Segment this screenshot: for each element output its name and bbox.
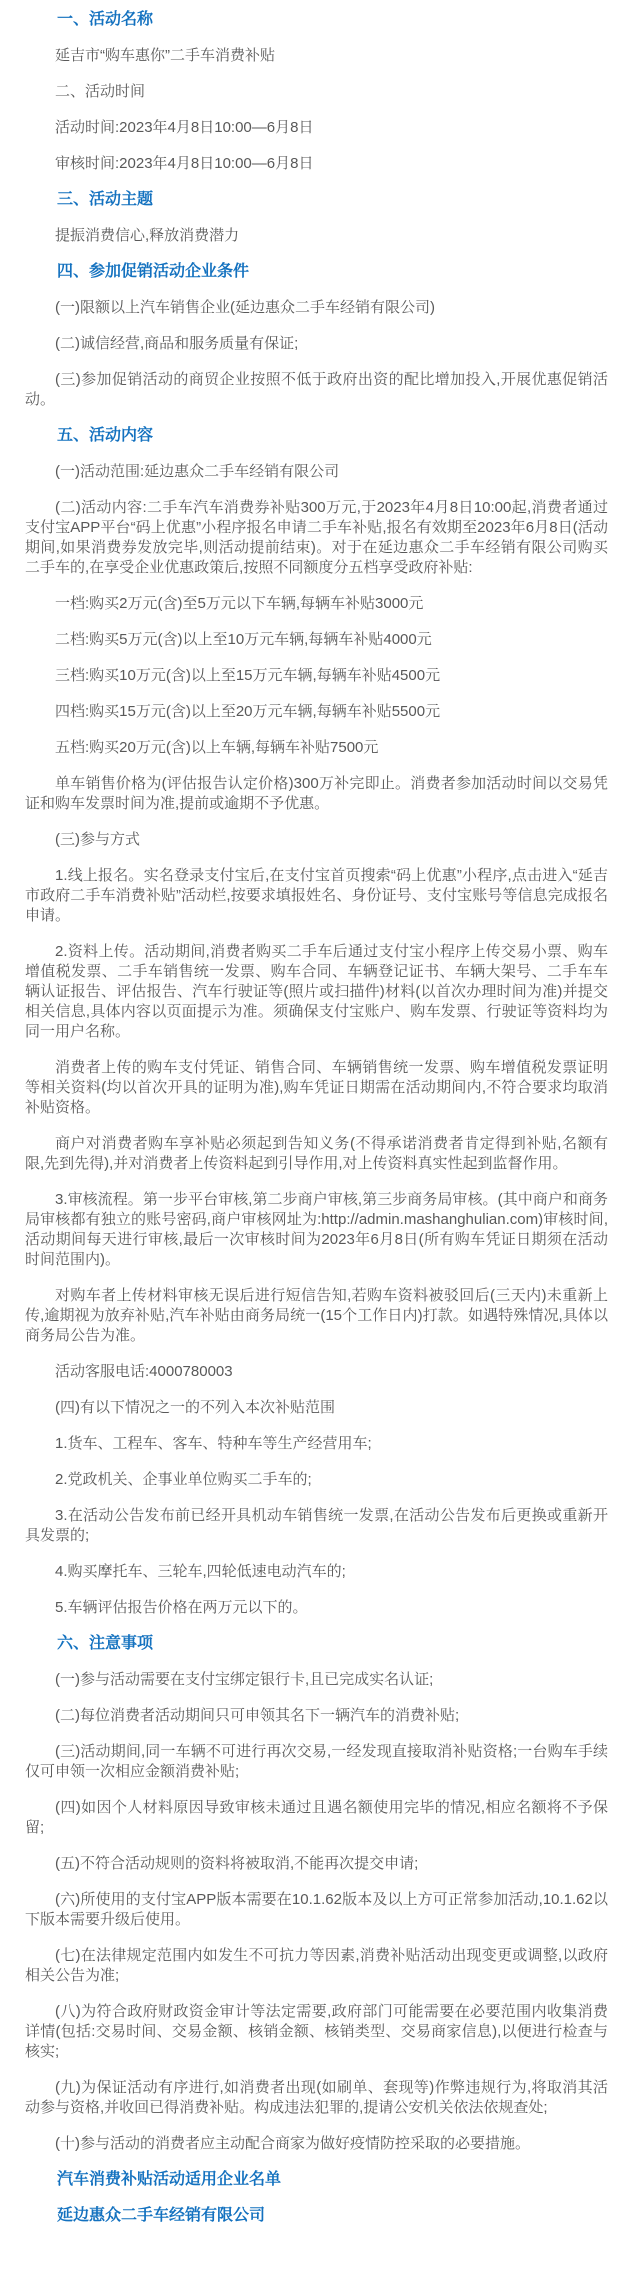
subsidy-tier-2: 二档:购买5万元(含)以上至10万元车辆,每辆车补贴4000元 bbox=[25, 630, 608, 650]
note-item-9: (九)为保证活动有序进行,如消费者出现(如刷单、套现等)作弊违规行为,将取消其活… bbox=[25, 2078, 608, 2118]
section-heading-activity-content: 五、活动内容 bbox=[25, 426, 608, 446]
section-label-participation-method: (三)参与方式 bbox=[25, 830, 608, 850]
note-item-3: (三)活动期间,同一车辆不可进行再次交易,一经发现直接取消补贴资格;一台购车手续… bbox=[25, 1742, 608, 1782]
section-heading-enterprise-conditions: 四、参加促销活动企业条件 bbox=[25, 262, 608, 282]
merchant-obligation-note: 商户对消费者购车享补贴必须起到告知义务(不得承诺消费者肯定得到补贴,名额有限,先… bbox=[25, 1134, 608, 1174]
activity-name-value: 延吉市“购车惠你”二手车消费补贴 bbox=[25, 46, 608, 66]
subsidy-cap-note: 单车销售价格为(评估报告认定价格)300万补完即止。消费者参加活动时间以交易凭证… bbox=[25, 774, 608, 814]
condition-item-2: (二)诚信经营,商品和服务质量有保证; bbox=[25, 334, 608, 354]
review-time-value: 审核时间:2023年4月8日10:00—6月8日 bbox=[25, 154, 608, 174]
section-heading-notes: 六、注意事项 bbox=[25, 1634, 608, 1654]
section-heading-activity-name: 一、活动名称 bbox=[25, 10, 608, 30]
note-item-1: (一)参与活动需要在支付宝绑定银行卡,且已完成实名认证; bbox=[25, 1670, 608, 1690]
note-item-4: (四)如因个人材料原因导致审核未通过且遇名额使用完毕的情况,相应名额将不予保留; bbox=[25, 1798, 608, 1838]
step-3-review-process: 3.审核流程。第一步平台审核,第二步商户审核,第三步商务局审核。(其中商户和商务… bbox=[25, 1190, 608, 1270]
subsidy-tier-1: 一档:购买2万元(含)至5万元以下车辆,每辆车补贴3000元 bbox=[25, 594, 608, 614]
subsidy-tier-4: 四档:购买15万元(含)以上至20万元车辆,每辆车补贴5500元 bbox=[25, 702, 608, 722]
activity-content-detail: (二)活动内容:二手车汽车消费券补贴300万元,于2023年4月8日10:00起… bbox=[25, 498, 608, 578]
document-body: 一、活动名称延吉市“购车惠你”二手车消费补贴二、活动时间活动时间:2023年4月… bbox=[25, 10, 608, 2226]
section-heading-activity-theme: 三、活动主题 bbox=[25, 190, 608, 210]
note-item-6: (六)所使用的支付宝APP版本需要在10.1.62版本及以上方可正常参加活动,1… bbox=[25, 1890, 608, 1930]
exclusion-item-1: 1.货车、工程车、客车、特种车等生产经营用车; bbox=[25, 1434, 608, 1454]
step-1-online-signup: 1.线上报名。实名登录支付宝后,在支付宝首页搜索“码上优惠”小程序,点击进入“延… bbox=[25, 866, 608, 926]
activity-time-value: 活动时间:2023年4月8日10:00—6月8日 bbox=[25, 118, 608, 138]
upload-material-note: 消费者上传的购车支付凭证、销售合同、车辆销售统一发票、购车增值税发票证明等相关资… bbox=[25, 1058, 608, 1118]
exclusion-item-3: 3.在活动公告发布前已经开具机动车销售统一发票,在活动公告发布后更换或重新开具发… bbox=[25, 1506, 608, 1546]
note-item-7: (七)在法律规定范围内如发生不可抗力等因素,消费补贴活动出现变更或调整,以政府相… bbox=[25, 1946, 608, 1986]
activity-scope: (一)活动范围:延边惠众二手车经销有限公司 bbox=[25, 462, 608, 482]
step-2-material-upload: 2.资料上传。活动期间,消费者购买二手车后通过支付宝小程序上传交易小票、购车增值… bbox=[25, 942, 608, 1042]
condition-item-3: (三)参加促销活动的商贸企业按照不低于政府出资的配比增加投入,开展优惠促销活动。 bbox=[25, 370, 608, 410]
applicable-enterprise-list-title: 汽车消费补贴活动适用企业名单 bbox=[25, 2170, 608, 2190]
exclusion-item-4: 4.购买摩托车、三轮车,四轮低速电动汽车的; bbox=[25, 1562, 608, 1582]
subsidy-tier-3: 三档:购买10万元(含)以上至15万元车辆,每辆车补贴4500元 bbox=[25, 666, 608, 686]
review-notification-note: 对购车者上传材料审核无误后进行短信告知,若购车资料被驳回后(三天内)未重新上传,… bbox=[25, 1286, 608, 1346]
exclusion-item-5: 5.车辆评估报告价格在两万元以下的。 bbox=[25, 1598, 608, 1618]
condition-item-1: (一)限额以上汽车销售企业(延边惠众二手车经销有限公司) bbox=[25, 298, 608, 318]
note-item-5: (五)不符合活动规则的资料将被取消,不能再次提交申请; bbox=[25, 1854, 608, 1874]
announcement-document: 一、活动名称延吉市“购车惠你”二手车消费补贴二、活动时间活动时间:2023年4月… bbox=[0, 0, 634, 2256]
exclusion-item-2: 2.党政机关、企事业单位购买二手车的; bbox=[25, 1470, 608, 1490]
customer-service-phone: 活动客服电话:4000780003 bbox=[25, 1362, 608, 1382]
note-item-2: (二)每位消费者活动期间只可申领其名下一辆汽车的消费补贴; bbox=[25, 1706, 608, 1726]
subsidy-tier-5: 五档:购买20万元(含)以上车辆,每辆车补贴7500元 bbox=[25, 738, 608, 758]
section-label-activity-time: 二、活动时间 bbox=[25, 82, 608, 102]
activity-theme-value: 提振消费信心,释放消费潜力 bbox=[25, 226, 608, 246]
section-label-exclusions: (四)有以下情况之一的不列入本次补贴范围 bbox=[25, 1398, 608, 1418]
applicable-enterprise-name: 延边惠众二手车经销有限公司 bbox=[25, 2206, 608, 2226]
note-item-10: (十)参与活动的消费者应主动配合商家为做好疫情防控采取的必要措施。 bbox=[25, 2134, 608, 2154]
note-item-8: (八)为符合政府财政资金审计等法定需要,政府部门可能需要在必要范围内收集消费详情… bbox=[25, 2002, 608, 2062]
